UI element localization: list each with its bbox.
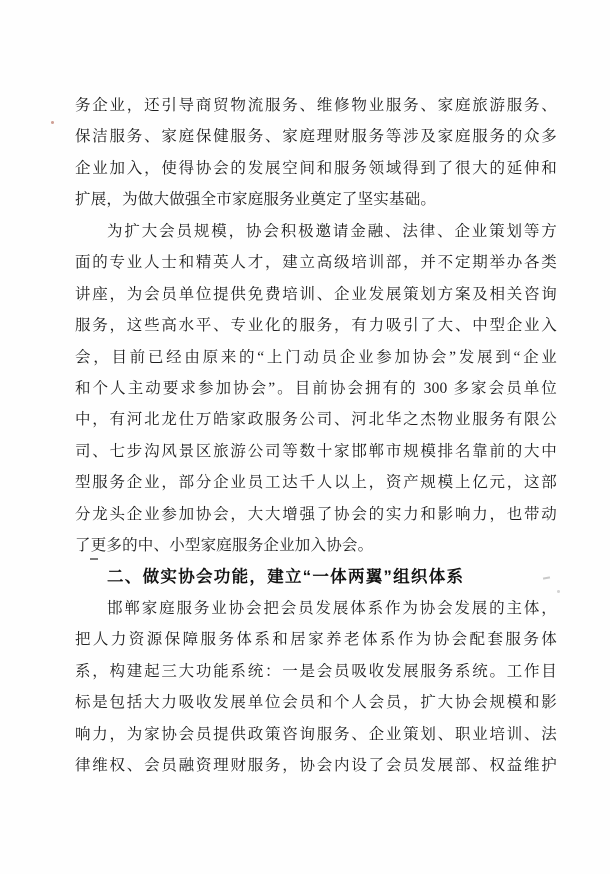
text-line: 邯郸家庭服务业协会把会员发展体系作为协会发展的主体， — [75, 593, 557, 624]
text-line: 型服务企业，部分企业员工达千人以上，资产规模上亿元，这部 — [75, 467, 557, 498]
section-heading-line: 二、做实协会功能，建立“一体两翼”组织体系 — [75, 562, 557, 593]
document-text-block: 务企业，还引导商贸物流服务、维修物业服务、家庭旅游服务、保洁服务、家庭保健服务、… — [75, 90, 557, 782]
text-line: 为扩大会员规模，协会积极邀请金融、法律、企业策划等方 — [75, 216, 557, 247]
text-line: 了更多的中、小型家庭服务企业加入协会。 — [75, 530, 557, 561]
text-line: 中，有河北龙仕万皓家政服务公司、河北华之杰物业服务有限公 — [75, 404, 557, 435]
text-line: 讲座，为会员单位提供免费培训、企业发展策划方案及相关咨询 — [75, 279, 557, 310]
scan-mark-dash — [90, 558, 98, 560]
text-line: 面的专业人士和精英人才，建立高级培训部，并不定期举办各类 — [75, 247, 557, 278]
text-line: 保洁服务、家庭保健服务、家庭理财服务等涉及家庭服务的众多 — [75, 121, 557, 152]
text-line: 扩展，为做大做强全市家庭服务业奠定了坚实基础。 — [75, 184, 557, 215]
text-line: 分龙头企业参加协会，大大增强了协会的实力和影响力，也带动 — [75, 499, 557, 530]
scan-speck-gray-2 — [557, 590, 560, 593]
text-line: 系，构建起三大功能系统：一是会员吸收发展服务系统。工作目 — [75, 656, 557, 687]
text-line: 服务，这些高水平、专业化的服务，有力吸引了大、中型企业入 — [75, 310, 557, 341]
scan-speck-red — [51, 121, 54, 124]
text-line: 把人力资源保障服务体系和居家养老体系作为协会配套服务体 — [75, 624, 557, 655]
scanned-document-page: 务企业，还引导商贸物流服务、维修物业服务、家庭旅游服务、保洁服务、家庭保健服务、… — [0, 0, 610, 874]
text-line: 和个人主动要求参加协会”。目前协会拥有的 300 多家会员单位 — [75, 373, 557, 404]
text-line: 务企业，还引导商贸物流服务、维修物业服务、家庭旅游服务、 — [75, 90, 557, 121]
text-line: 司、七步沟风景区旅游公司等数十家邯郸市规模排名靠前的大中 — [75, 436, 557, 467]
text-line: 会，目前已经由原来的“上门动员企业参加协会”发展到“企业 — [75, 342, 557, 373]
text-line: 律维权、会员融资理财服务，协会内设了会员发展部、权益维护 — [75, 750, 557, 781]
text-line: 企业加入，使得协会的发展空间和服务领域得到了很大的延伸和 — [75, 153, 557, 184]
text-line: 响力，为家协会员提供政策咨询服务、企业策划、职业培训、法 — [75, 719, 557, 750]
text-line: 标是包括大力吸收发展单位会员和个人会员，扩大协会规模和影 — [75, 687, 557, 718]
